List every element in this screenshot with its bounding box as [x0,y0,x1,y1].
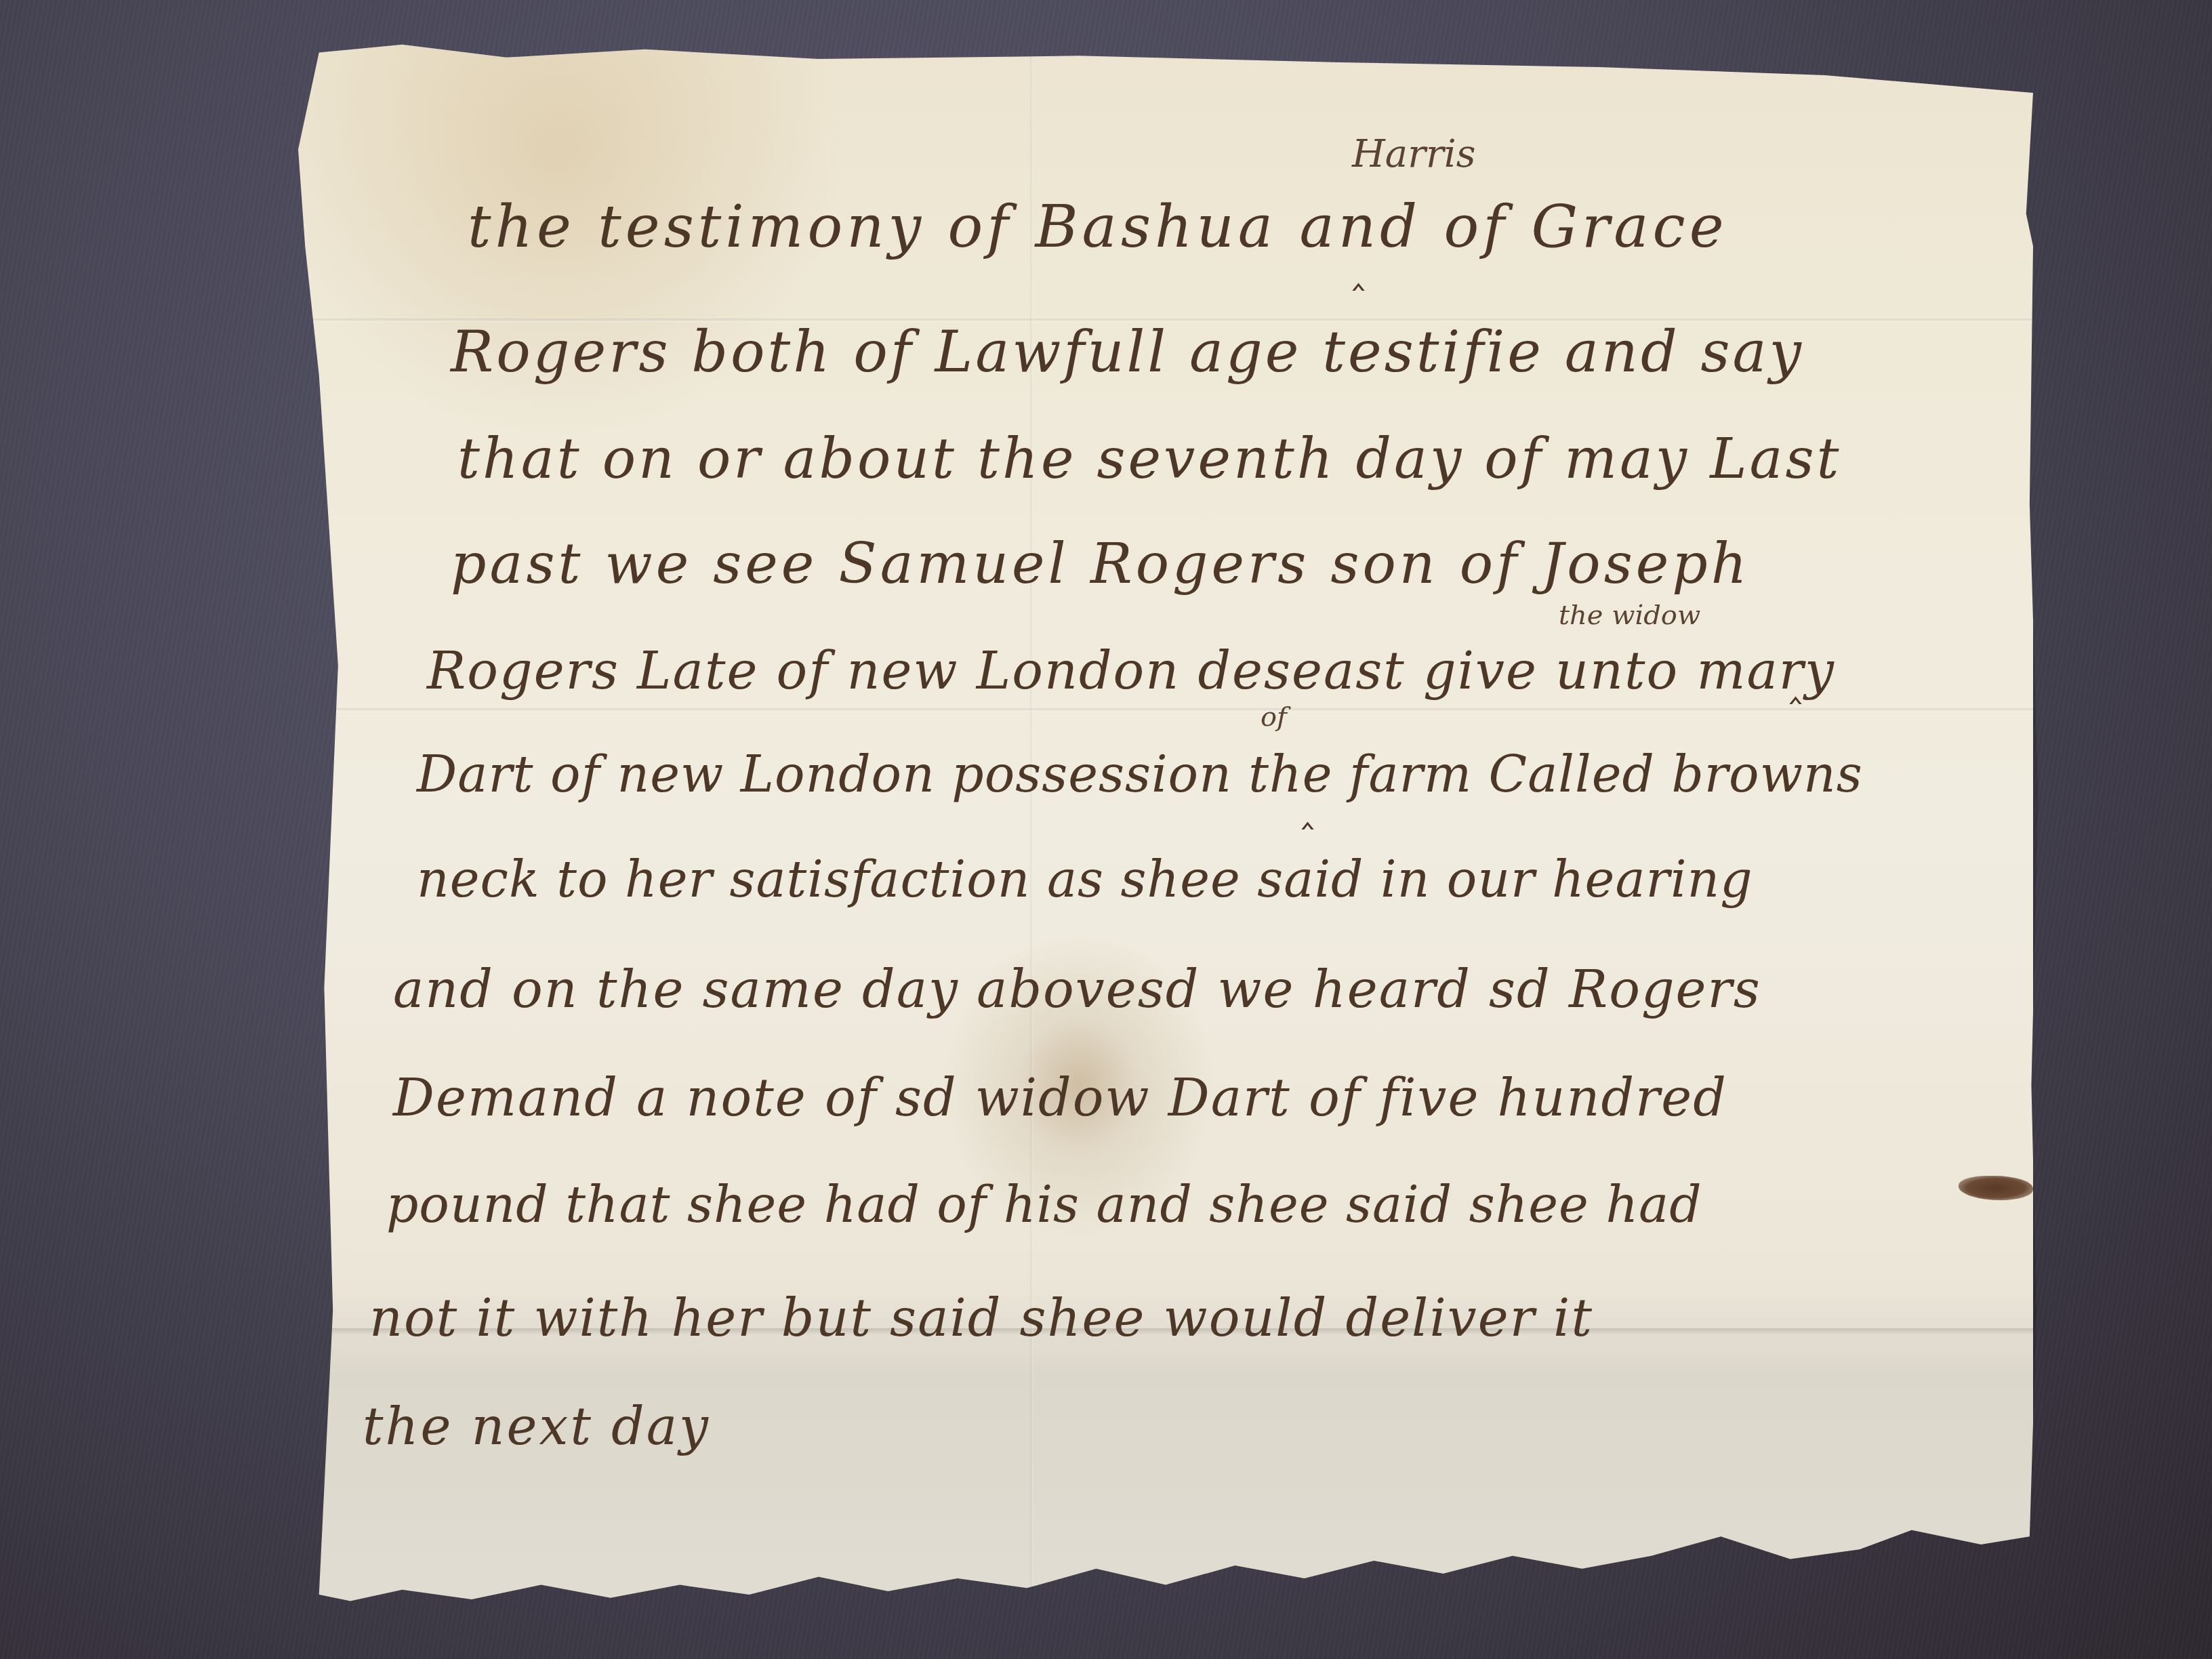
manuscript-line-8: and on the same day abovesd we heard sd … [393,959,1761,1019]
interlinear-note-harris: Harris [1352,132,1475,176]
manuscript-line-3: that on or about the seventh day of may … [457,427,1842,491]
manuscript-page: Harris the testimony of Bashua and of Gr… [298,20,2033,1633]
manuscript-line-7: neck to her satisfaction as shee said in… [417,851,1753,909]
manuscript-line-4: past we see Samuel Rogers son of Joseph [451,532,1750,596]
manuscript-line-5: Rogers Late of new London deseast give u… [427,640,1835,701]
manuscript-line-1: the testimony of Bashua and of Grace [468,193,1728,261]
insertion-caret-icon: ‸ [1789,661,1802,705]
manuscript-line-12: the next day [363,1396,710,1456]
insertion-caret-icon: ‸ [1352,247,1365,291]
manuscript-line-2: Rogers both of Lawfull age testifie and … [451,319,1804,385]
insertion-caret-icon: ‸ [1301,786,1314,830]
manuscript-line-10: pound that shee had of his and shee said… [386,1176,1702,1234]
manuscript-line-9: Demand a note of sd widow Dart of five h… [393,1067,1727,1128]
handwritten-text: Harris the testimony of Bashua and of Gr… [298,20,2033,1633]
interlinear-note-the-widow: the widow [1559,600,1700,631]
manuscript-line-6: Dart of new London possession the farm C… [417,745,1863,804]
manuscript-line-11: not it with her but said shee would deli… [369,1288,1593,1348]
interlinear-note-of: of [1261,701,1287,733]
